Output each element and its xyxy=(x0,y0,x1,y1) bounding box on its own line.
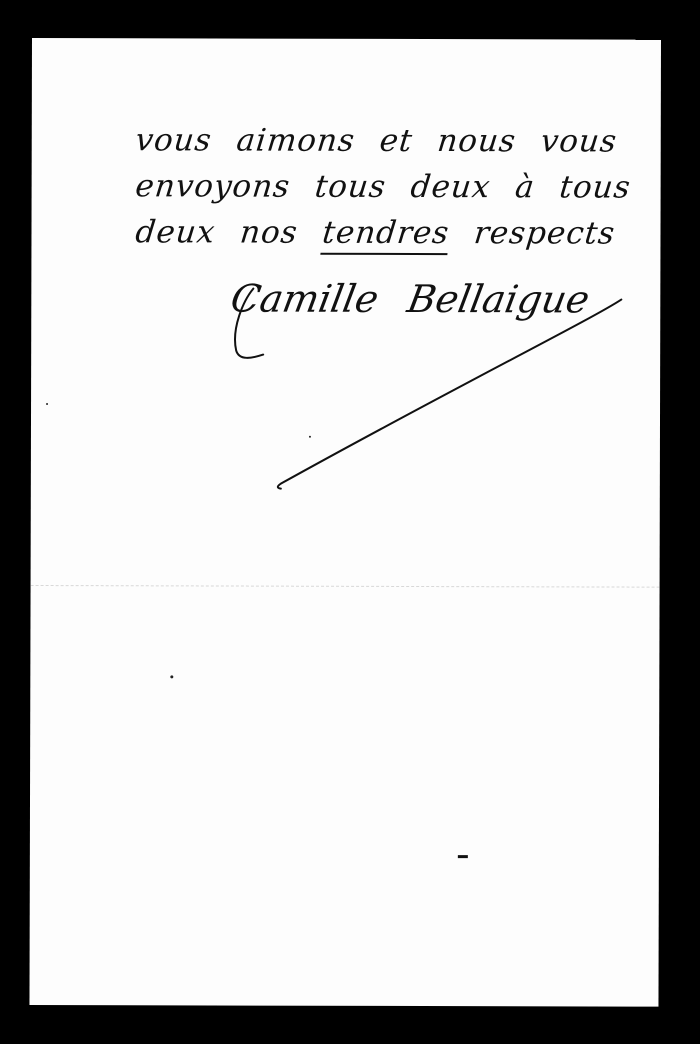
ink-speck xyxy=(170,675,173,678)
word: deux xyxy=(134,214,218,250)
underlined-word: tendres xyxy=(320,215,451,255)
word: vous xyxy=(539,123,619,159)
word: tous xyxy=(313,169,388,205)
word: deux xyxy=(409,169,493,205)
fold-line xyxy=(31,585,660,588)
word: et xyxy=(378,123,415,159)
word: vous xyxy=(134,122,214,158)
word: nos xyxy=(238,215,299,251)
signature: Camille Bellaigue xyxy=(227,277,593,322)
ink-speck xyxy=(309,436,311,438)
word: envoyons xyxy=(134,168,292,204)
ink-speck xyxy=(46,403,48,405)
word: respects xyxy=(472,215,617,251)
handwritten-line-2: envoyons tous deux à tous xyxy=(134,168,633,205)
word: tous xyxy=(558,169,633,205)
letter-page: vous aimons et nous vous envoyons tous d… xyxy=(29,38,661,1007)
word: aimons xyxy=(235,123,357,159)
signature-first-name: Camille xyxy=(227,277,382,321)
handwritten-line-1: vous aimons et nous vous xyxy=(134,122,619,159)
word: à xyxy=(513,169,536,205)
ink-dash xyxy=(458,855,468,858)
handwritten-line-3: deux nos tendres respects xyxy=(133,214,617,255)
word: nous xyxy=(436,123,518,159)
signature-last-name: Bellaigue xyxy=(404,277,593,321)
